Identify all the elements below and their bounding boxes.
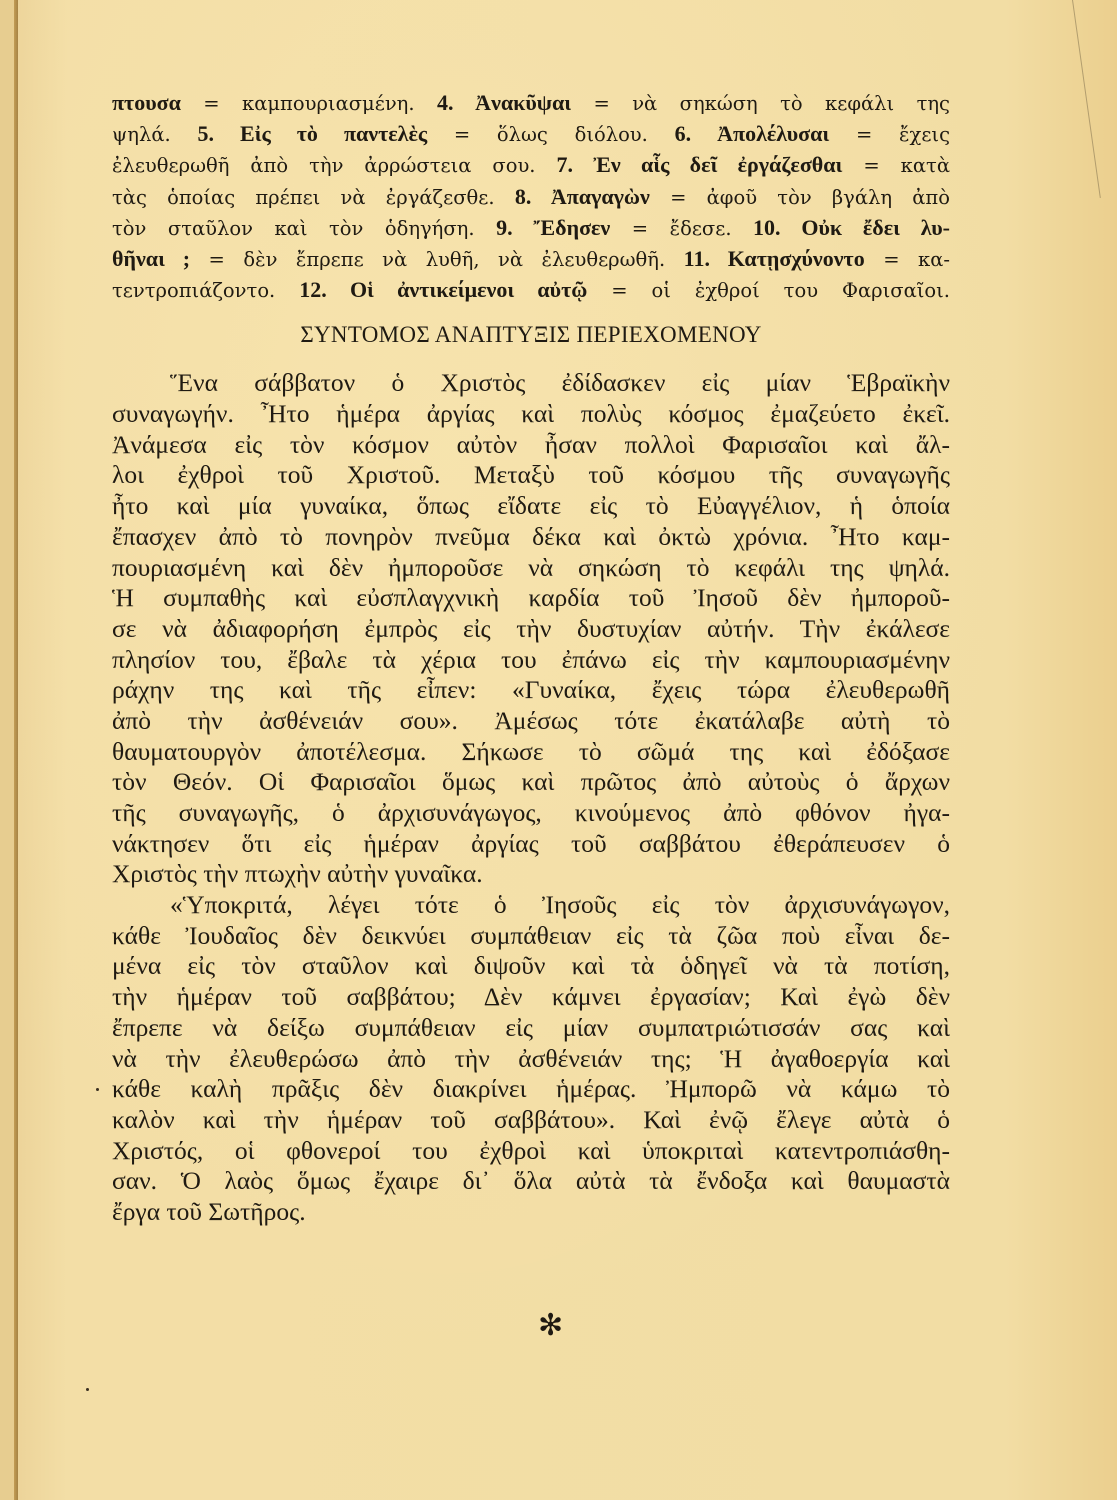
summary-paragraph-2: «Ὑποκριτά, λέγει τότε ὁ Ἰησοῦς εἰς τὸν ἀ…: [112, 890, 950, 1228]
page-binding-edge: [14, 0, 18, 1500]
glossary-line: ψηλά. 5. Εἰς τὸ παντελὲς = ὅλως διόλου. …: [112, 119, 950, 150]
text-line: «Ὑποκριτά, λέγει τότε ὁ Ἰησοῦς εἰς τὸν ἀ…: [112, 890, 950, 921]
text-line: λοι ἐχθροὶ τοῦ Χριστοῦ. Μεταξὺ τοῦ κόσμο…: [112, 460, 950, 491]
text-line: μένα εἰς τὸν σταῦλον καὶ διψοῦν καὶ τὰ ὁ…: [112, 951, 950, 982]
text-line: Ἀνάμεσα εἰς τὸν κόσμον αὐτὸν ἦσαν πολλοὶ…: [112, 430, 950, 461]
text-line: τὸν Θεόν. Οἱ Φαρισαῖοι ὅμως καὶ πρῶτος ἀ…: [112, 767, 950, 798]
glossary-line: τεντροπιάζοντο. 12. Οἱ ἀντικείμενοι αὐτῷ…: [112, 275, 950, 306]
text-line: Χριστός, οἱ φθονεροί του ἐχθροὶ καὶ ὑποκ…: [112, 1136, 950, 1167]
ink-speck: [86, 1388, 89, 1391]
ink-speck: [96, 1088, 99, 1091]
binding-shadow: [0, 0, 14, 1500]
text-line: καλὸν καὶ τὴν ἡμέραν τοῦ σαββάτου». Καὶ …: [112, 1105, 950, 1136]
text-line: ἔπρεπε νὰ δείξω συμπάθειαν εἰς μίαν συμπ…: [112, 1013, 950, 1044]
text-line: κάθε καλὴ πρᾶξις δὲν διακρίνει ἡμέρας. Ἠ…: [112, 1074, 950, 1105]
text-line: νὰ τὴν ἐλευθερώσω ἀπὸ τὴν ἀσθένειάν της;…: [112, 1044, 950, 1075]
glossary-line: πτουσα = καμπουριασμένη. 4. Ἀνακῦψαι = ν…: [112, 88, 950, 119]
text-line: κάθε Ἰουδαῖος δὲν δεικνύει συμπάθειαν εἰ…: [112, 921, 950, 952]
text-line: ἔργα τοῦ Σωτῆρος.: [112, 1197, 950, 1228]
text-line: νάκτησεν ὅτι εἰς ἡμέραν ἀργίας τοῦ σαββά…: [112, 829, 950, 860]
text-line: Ἕνα σάββατον ὁ Χριστὸς ἐδίδασκεν εἰς μία…: [112, 368, 950, 399]
glossary-term-fragment: πτουσα: [112, 90, 181, 115]
text-line: ἦτο καὶ μία γυναίκα, ὅπως εἴδατε εἰς τὸ …: [112, 491, 950, 522]
page-content: πτουσα = καμπουριασμένη. 4. Ἀνακῦψαι = ν…: [112, 88, 950, 1228]
text-line: σαν. Ὁ λαὸς ὅμως ἔχαιρε δι᾿ ὅλα αὐτὰ τὰ …: [112, 1166, 950, 1197]
text-line: ἔπασχεν ἀπὸ τὸ πονηρὸν πνεῦμα δέκα καὶ ὀ…: [112, 522, 950, 553]
text-line: Ἡ συμπαθὴς καὶ εὐσπλαγχνικὴ καρδία τοῦ Ἰ…: [112, 583, 950, 614]
glossary-line: τὰς ὁποίας πρέπει νὰ ἐργάζεσθε. 8. Ἀπαγα…: [112, 182, 950, 213]
text-line: σε νὰ ἀδιαφορήση ἐμπρὸς εἰς τὴν δυστυχία…: [112, 614, 950, 645]
text-line: τῆς συναγωγῆς, ὁ ἀρχισυνάγωγος, κινούμεν…: [112, 798, 950, 829]
text-line: συναγωγήν. Ἦτο ἡμέρα ἀργίας καὶ πολὺς κό…: [112, 399, 950, 430]
glossary-line: θῆναι ; = δὲν ἔπρεπε νὰ λυθῆ, νὰ ἐλευθερ…: [112, 244, 950, 275]
text-line: πλησίον του, ἔβαλε τὰ χέρια του ἐπάνω εἰ…: [112, 645, 950, 676]
asterisk-ornament-icon: ✻: [538, 1308, 563, 1343]
text-line: ράχην της καὶ τῆς εἶπεν: «Γυναίκα, ἔχεις…: [112, 675, 950, 706]
glossary-line: ἐλευθερωθῆ ἀπὸ τὴν ἀρρώστεια σου. 7. Ἐν …: [112, 150, 950, 181]
glossary-notes: πτουσα = καμπουριασμένη. 4. Ἀνακῦψαι = ν…: [112, 88, 950, 306]
summary-paragraph-1: Ἕνα σάββατον ὁ Χριστὸς ἐδίδασκεν εἰς μία…: [112, 368, 950, 890]
glossary-line: τὸν σταῦλον καὶ τὸν ὁδηγήση. 9. Ἔδησεν =…: [112, 213, 950, 244]
text-line: τὴν ἡμέραν τοῦ σαββάτου; Δὲν κάμνει ἐργα…: [112, 982, 950, 1013]
section-heading: ΣΥΝΤΟΜΟΣ ΑΝΑΠΤΥΞΙΣ ΠΕΡΙΕΧΟΜΕΝΟΥ: [112, 322, 950, 348]
text-line: πουριασμένη καὶ δὲν ἠμποροῦσε νὰ σηκώση …: [112, 553, 950, 584]
text-line: θαυματουργὸν ἀποτέλεσμα. Σήκωσε τὸ σῶμά …: [112, 737, 950, 768]
text-line: ἀπὸ τὴν ἀσθένειάν σου». Ἀμέσως τότε ἐκατ…: [112, 706, 950, 737]
text-line: Χριστὸς τὴν πτωχὴν αὐτὴν γυναῖκα.: [112, 859, 950, 890]
